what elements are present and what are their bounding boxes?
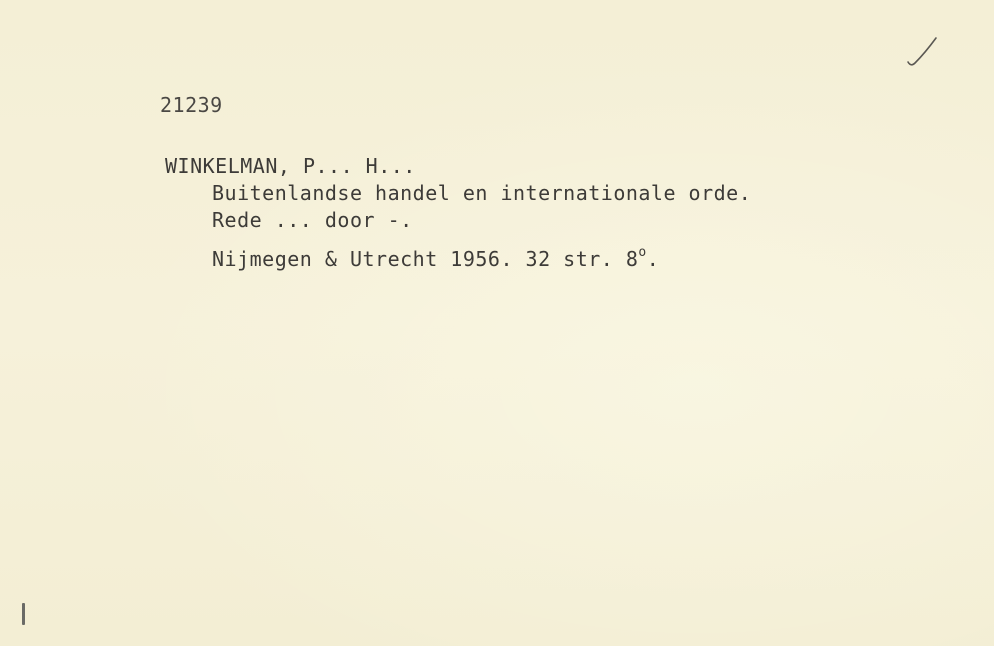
catalog-card: 21239 WINKELMAN, P... H... Buitenlandse … [0,0,994,646]
author-heading: WINKELMAN, P... H... [165,154,416,178]
format-superscript: o [638,245,646,260]
check-mark-icon [905,35,939,69]
title-line-1: Buitenlandse handel en internationale or… [212,181,751,205]
edge-mark [22,603,25,625]
imprint-line: Nijmegen & Utrecht 1956. 32 str. 8o. [212,245,659,271]
title-line-2: Rede ... door -. [212,208,413,232]
imprint-text: Nijmegen & Utrecht 1956. 32 str. 8 [212,247,638,271]
accession-number: 21239 [160,93,223,117]
imprint-end: . [647,247,660,271]
